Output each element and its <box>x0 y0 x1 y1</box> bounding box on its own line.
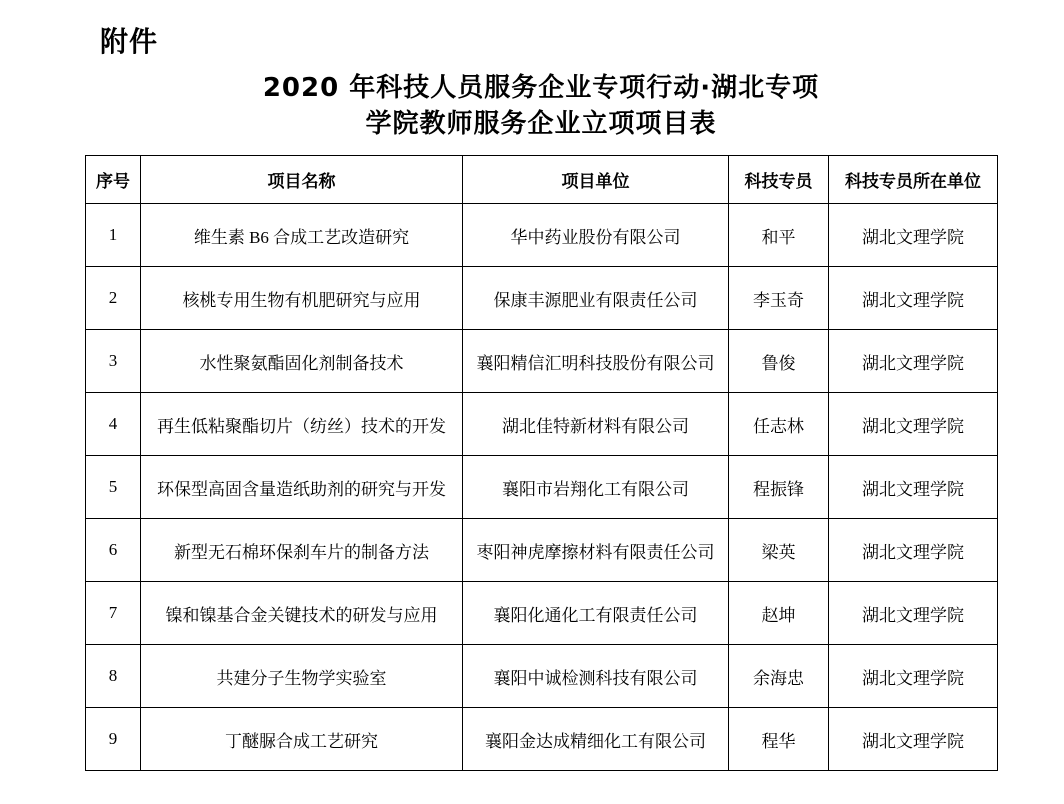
table-row: 9丁醚脲合成工艺研究襄阳金达成精细化工有限公司程华湖北文理学院 <box>86 708 998 771</box>
table-row: 7镍和镍基合金关键技术的研发与应用襄阳化通化工有限责任公司赵坤湖北文理学院 <box>86 582 998 645</box>
cell-project-name: 核桃专用生物有机肥研究与应用 <box>141 267 463 330</box>
document-title-line1: 2020 年科技人员服务企业专项行动·湖北专项 <box>85 70 997 106</box>
cell-project-org: 保康丰源肥业有限责任公司 <box>463 267 729 330</box>
cell-agent-unit: 湖北文理学院 <box>829 330 998 393</box>
cell-index: 8 <box>86 645 141 708</box>
document-page: 附件 2020 年科技人员服务企业专项行动·湖北专项 学院教师服务企业立项项目表… <box>0 0 1064 804</box>
cell-agent-unit: 湖北文理学院 <box>829 267 998 330</box>
cell-agent-unit: 湖北文理学院 <box>829 456 998 519</box>
attachment-label: 附件 <box>100 20 158 60</box>
cell-project-org: 枣阳神虎摩擦材料有限责任公司 <box>463 519 729 582</box>
cell-agent: 程振锋 <box>729 456 829 519</box>
table-header: 序号项目名称项目单位科技专员科技专员所在单位 <box>86 156 998 204</box>
cell-agent-unit: 湖北文理学院 <box>829 708 998 771</box>
cell-project-org: 襄阳化通化工有限责任公司 <box>463 582 729 645</box>
document-title: 2020 年科技人员服务企业专项行动·湖北专项 学院教师服务企业立项项目表 <box>85 70 997 142</box>
cell-project-org: 华中药业股份有限公司 <box>463 204 729 267</box>
cell-agent-unit: 湖北文理学院 <box>829 393 998 456</box>
table-row: 3水性聚氨酯固化剂制备技术襄阳精信汇明科技股份有限公司鲁俊湖北文理学院 <box>86 330 998 393</box>
table-body: 1维生素 B6 合成工艺改造研究华中药业股份有限公司和平湖北文理学院2核桃专用生… <box>86 204 998 771</box>
cell-project-org: 襄阳精信汇明科技股份有限公司 <box>463 330 729 393</box>
table-row: 2核桃专用生物有机肥研究与应用保康丰源肥业有限责任公司李玉奇湖北文理学院 <box>86 267 998 330</box>
table-row: 6新型无石棉环保刹车片的制备方法枣阳神虎摩擦材料有限责任公司梁英湖北文理学院 <box>86 519 998 582</box>
table-row: 8共建分子生物学实验室襄阳中诚检测科技有限公司余海忠湖北文理学院 <box>86 645 998 708</box>
cell-index: 1 <box>86 204 141 267</box>
cell-agent: 和平 <box>729 204 829 267</box>
cell-project-name: 再生低粘聚酯切片（纺丝）技术的开发 <box>141 393 463 456</box>
cell-project-org: 湖北佳特新材料有限公司 <box>463 393 729 456</box>
column-header-index: 序号 <box>86 156 141 204</box>
cell-index: 4 <box>86 393 141 456</box>
cell-project-name: 镍和镍基合金关键技术的研发与应用 <box>141 582 463 645</box>
cell-index: 9 <box>86 708 141 771</box>
table-row: 5环保型高固含量造纸助剂的研究与开发襄阳市岩翔化工有限公司程振锋湖北文理学院 <box>86 456 998 519</box>
cell-index: 3 <box>86 330 141 393</box>
cell-agent: 赵坤 <box>729 582 829 645</box>
cell-agent: 余海忠 <box>729 645 829 708</box>
cell-project-name: 维生素 B6 合成工艺改造研究 <box>141 204 463 267</box>
table-row: 4再生低粘聚酯切片（纺丝）技术的开发湖北佳特新材料有限公司任志林湖北文理学院 <box>86 393 998 456</box>
column-header-agent-unit: 科技专员所在单位 <box>829 156 998 204</box>
column-header-project-name: 项目名称 <box>141 156 463 204</box>
cell-project-name: 水性聚氨酯固化剂制备技术 <box>141 330 463 393</box>
cell-agent: 梁英 <box>729 519 829 582</box>
cell-project-org: 襄阳市岩翔化工有限公司 <box>463 456 729 519</box>
cell-project-name: 共建分子生物学实验室 <box>141 645 463 708</box>
cell-project-name: 环保型高固含量造纸助剂的研究与开发 <box>141 456 463 519</box>
table-row: 1维生素 B6 合成工艺改造研究华中药业股份有限公司和平湖北文理学院 <box>86 204 998 267</box>
cell-index: 2 <box>86 267 141 330</box>
cell-agent-unit: 湖北文理学院 <box>829 645 998 708</box>
cell-agent-unit: 湖北文理学院 <box>829 204 998 267</box>
cell-agent-unit: 湖北文理学院 <box>829 519 998 582</box>
cell-project-name: 丁醚脲合成工艺研究 <box>141 708 463 771</box>
column-header-project-org: 项目单位 <box>463 156 729 204</box>
cell-agent-unit: 湖北文理学院 <box>829 582 998 645</box>
cell-agent: 程华 <box>729 708 829 771</box>
cell-index: 5 <box>86 456 141 519</box>
cell-project-name: 新型无石棉环保刹车片的制备方法 <box>141 519 463 582</box>
document-title-line2: 学院教师服务企业立项项目表 <box>85 106 997 142</box>
table-header-row: 序号项目名称项目单位科技专员科技专员所在单位 <box>86 156 998 204</box>
cell-index: 6 <box>86 519 141 582</box>
column-header-agent: 科技专员 <box>729 156 829 204</box>
cell-index: 7 <box>86 582 141 645</box>
cell-agent: 任志林 <box>729 393 829 456</box>
cell-agent: 鲁俊 <box>729 330 829 393</box>
cell-project-org: 襄阳中诚检测科技有限公司 <box>463 645 729 708</box>
project-table: 序号项目名称项目单位科技专员科技专员所在单位 1维生素 B6 合成工艺改造研究华… <box>85 155 998 771</box>
cell-project-org: 襄阳金达成精细化工有限公司 <box>463 708 729 771</box>
cell-agent: 李玉奇 <box>729 267 829 330</box>
